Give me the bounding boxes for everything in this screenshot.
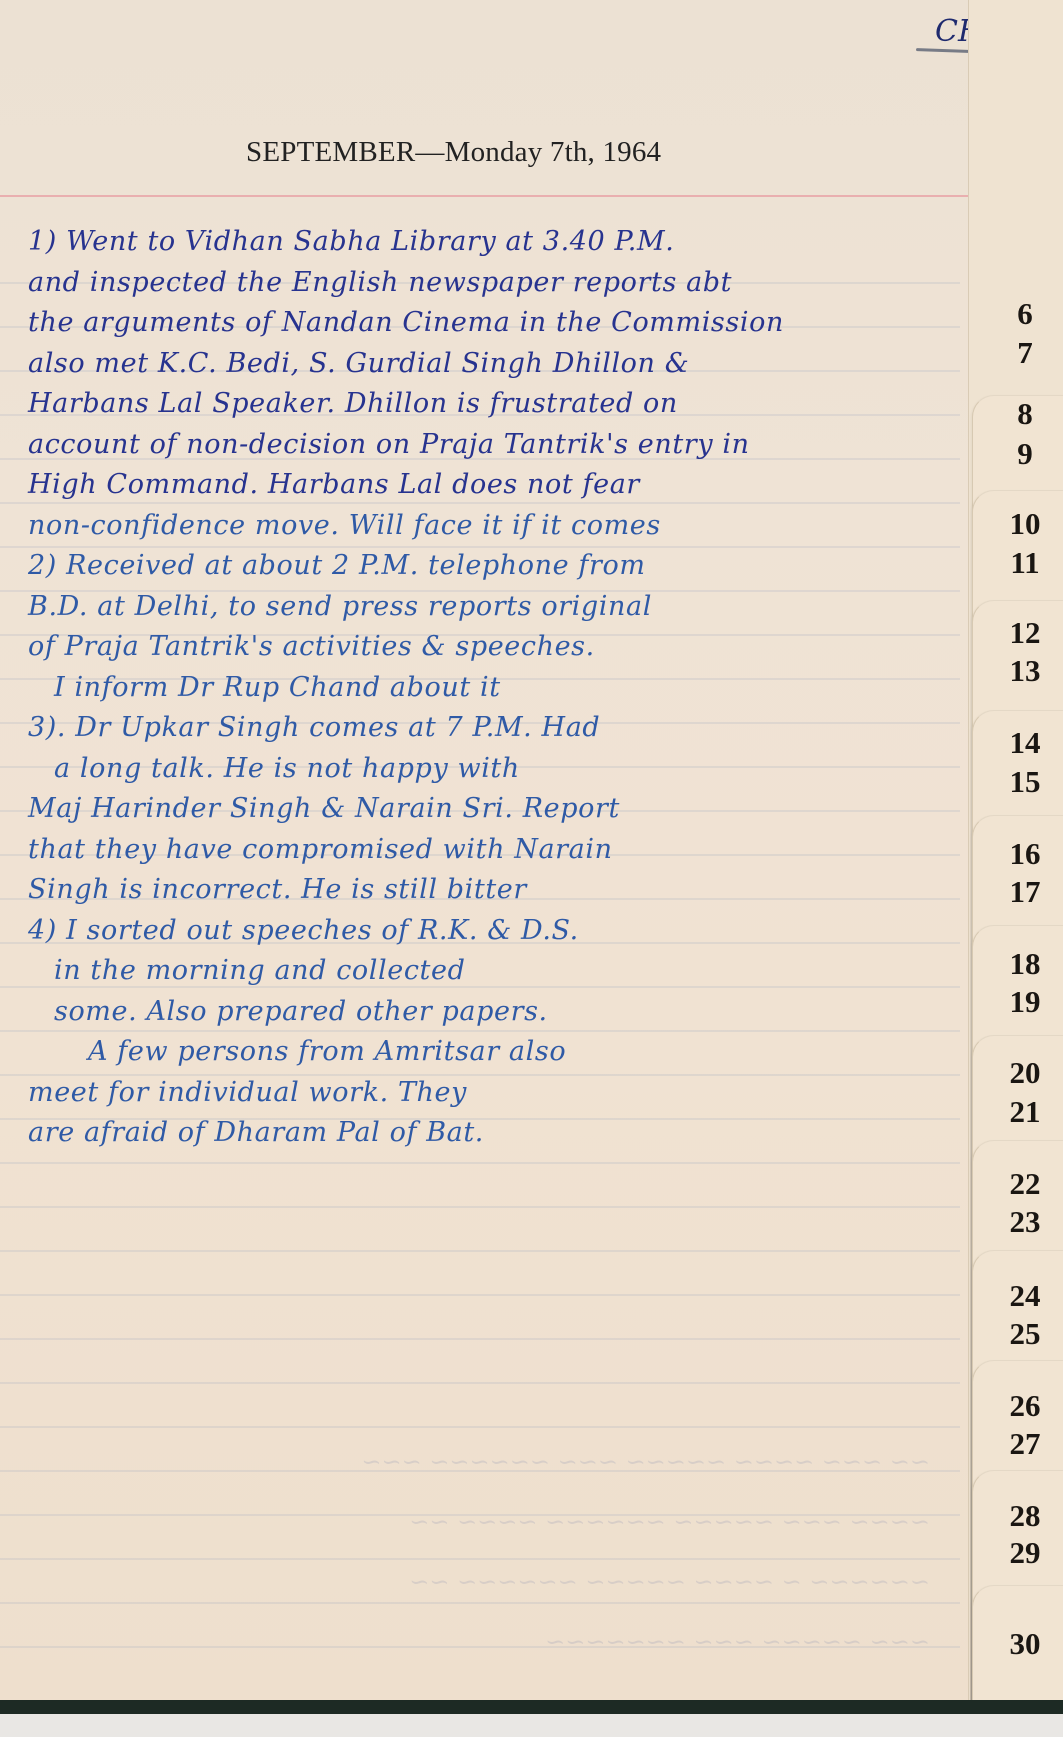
- tab-date-11[interactable]: 11: [1003, 547, 1047, 579]
- tab-date-20[interactable]: 20: [1003, 1057, 1047, 1089]
- scan-background: [0, 1714, 1063, 1737]
- tab-date-25[interactable]: 25: [1003, 1318, 1047, 1350]
- page-heading: SEPTEMBER—Monday 7th, 1964: [246, 136, 661, 169]
- entry-line: are afraid of Dharam Pal of Bat.: [28, 1113, 968, 1154]
- show-through-text: ~~ ~~~ ~~~~ ~~~~~ ~~~ ~~~~~~ ~~~: [30, 1440, 930, 1484]
- tab-date-22[interactable]: 22: [1003, 1168, 1047, 1200]
- tab-date-14[interactable]: 14: [1003, 727, 1047, 759]
- entry-line: 3). Dr Upkar Singh comes at 7 P.M. Had: [28, 708, 968, 749]
- entry-line: in the morning and collected: [28, 951, 968, 992]
- entry-line: account of non-decision on Praja Tantrik…: [28, 425, 968, 466]
- tab-date-16[interactable]: 16: [1003, 838, 1047, 870]
- tab-date-19[interactable]: 19: [1003, 986, 1047, 1018]
- tab-date-28[interactable]: 28: [1003, 1500, 1047, 1532]
- entry-line: 4) I sorted out speeches of R.K. & D.S.: [28, 911, 968, 952]
- tab-date-21[interactable]: 21: [1003, 1096, 1047, 1128]
- entry-line: that they have compromised with Narain: [28, 830, 968, 871]
- entry-line: a long talk. He is not happy with: [28, 749, 968, 790]
- entry-line: 2) Received at about 2 P.M. telephone fr…: [28, 546, 968, 587]
- tab-date-15[interactable]: 15: [1003, 766, 1047, 798]
- show-through-text: ~~~ ~~~~~ ~~~ ~~~~~~~: [30, 1620, 930, 1664]
- tab-date-10[interactable]: 10: [1003, 508, 1047, 540]
- show-through-text: ~~~~~~ ~ ~~~~ ~~~~~ ~~~~~~ ~~: [30, 1560, 930, 1604]
- entry-line: Singh is incorrect. He is still bitter: [28, 870, 968, 911]
- tab-date-27[interactable]: 27: [1003, 1428, 1047, 1460]
- entry-line: High Command. Harbans Lal does not fear: [28, 465, 968, 506]
- tab-date-12[interactable]: 12: [1003, 617, 1047, 649]
- tab-date-26[interactable]: 26: [1003, 1390, 1047, 1422]
- tab-date-9[interactable]: 9: [1003, 438, 1047, 470]
- show-through-text: ~~~~ ~~~ ~~~~~ ~~~~~~ ~~~~ ~~: [30, 1500, 930, 1544]
- entry-line: I inform Dr Rup Chand about it: [28, 668, 968, 709]
- tab-date-30[interactable]: 30: [1003, 1628, 1047, 1660]
- entry-line: A few persons from Amritsar also: [28, 1032, 968, 1073]
- tab-date-13[interactable]: 13: [1003, 655, 1047, 687]
- tab-date-7[interactable]: 7: [1003, 337, 1047, 369]
- entry-line: Harbans Lal Speaker. Dhillon is frustrat…: [28, 384, 968, 425]
- entry-line: also met K.C. Bedi, S. Gurdial Singh Dhi…: [28, 344, 968, 385]
- tab-date-6[interactable]: 6: [1003, 298, 1047, 330]
- tab-date-17[interactable]: 17: [1003, 876, 1047, 908]
- diary-entries: 1) Went to Vidhan Sabha Library at 3.40 …: [28, 222, 968, 1154]
- entry-line: the arguments of Nandan Cinema in the Co…: [28, 303, 968, 344]
- entry-line: of Praja Tantrik's activities & speeches…: [28, 627, 968, 668]
- tab-date-23[interactable]: 23: [1003, 1206, 1047, 1238]
- book-binding-edge: [0, 1700, 1063, 1714]
- entry-line: some. Also prepared other papers.: [28, 992, 968, 1033]
- entry-line: and inspected the English newspaper repo…: [28, 263, 968, 304]
- tab-date-29[interactable]: 29: [1003, 1537, 1047, 1569]
- entry-line: non-confidence move. Will face it if it …: [28, 506, 968, 547]
- entry-line: 1) Went to Vidhan Sabha Library at 3.40 …: [28, 222, 968, 263]
- red-margin-rule: [0, 195, 1063, 197]
- tab-date-24[interactable]: 24: [1003, 1280, 1047, 1312]
- entry-line: Maj Harinder Singh & Narain Sri. Report: [28, 789, 968, 830]
- tab-date-18[interactable]: 18: [1003, 948, 1047, 980]
- entry-line: B.D. at Delhi, to send press reports ori…: [28, 587, 968, 628]
- diary-page: ~~ ~~~ ~~~~ ~~~~~ ~~~ ~~~~~~ ~~~ ~~~~ ~~…: [0, 0, 1063, 1700]
- tab-date-8[interactable]: 8: [1003, 398, 1047, 430]
- entry-line: meet for individual work. They: [28, 1073, 968, 1114]
